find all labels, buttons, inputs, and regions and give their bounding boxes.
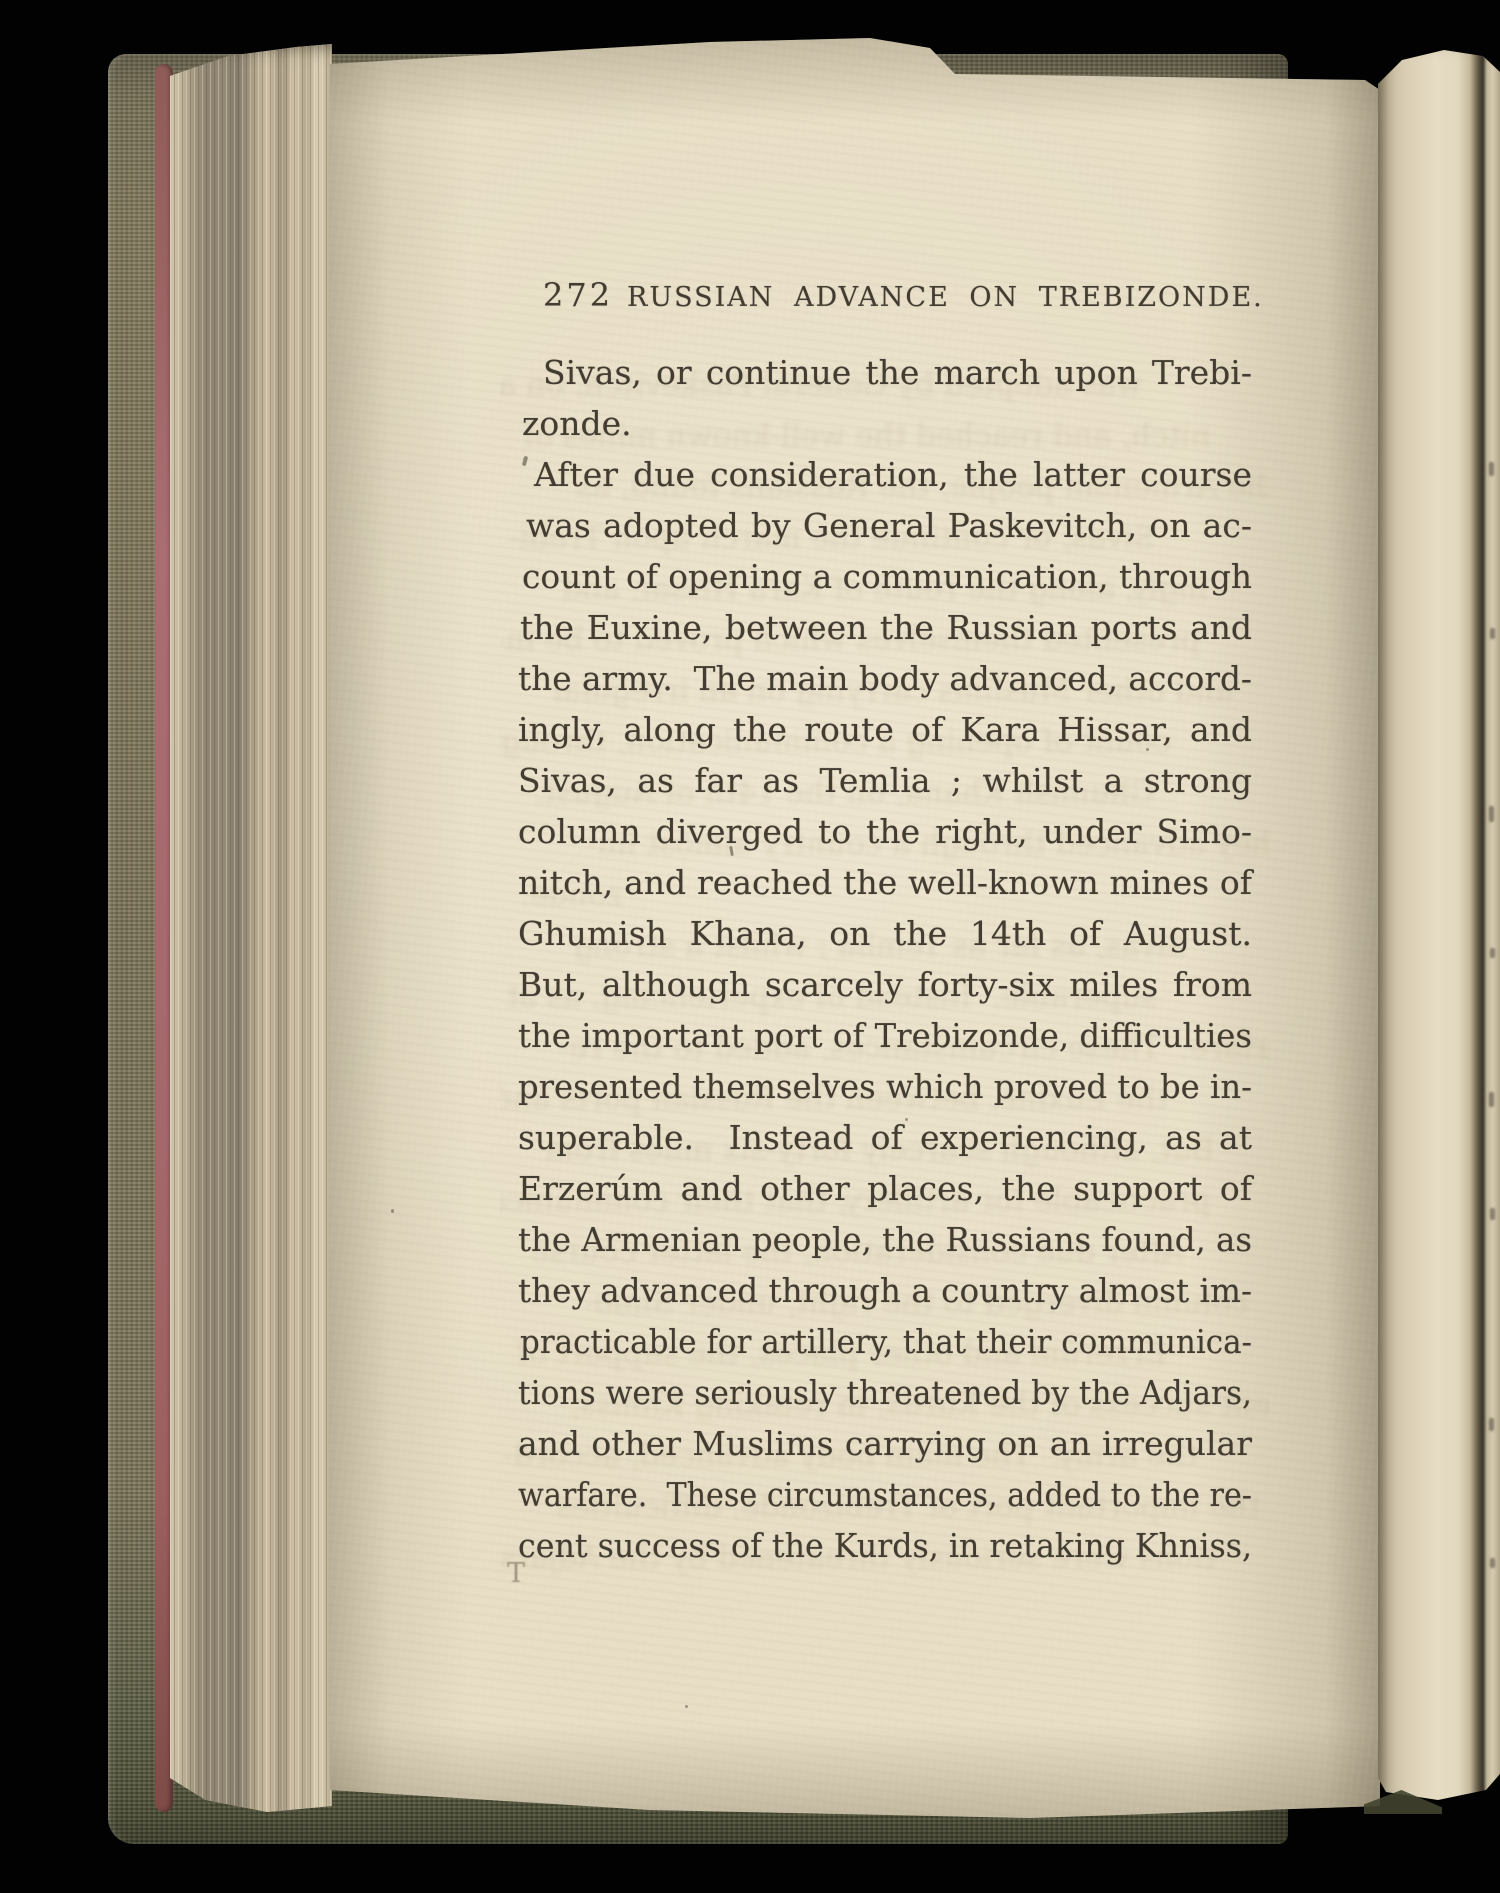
dust-speck [905,1118,908,1121]
text-line: cent success of the Kurds, in retaking K… [518,1520,1252,1571]
text-line: the army. The main body advanced, accord… [518,653,1252,704]
body-text: Sivas, or continue the march upon Trebi-… [518,347,1252,1571]
dust-speck [391,1209,394,1213]
printed-text: 272 RUSSIAN ADVANCE ON TREBIZONDE. Sivas… [0,0,1500,1893]
text-line: the important port of Trebizonde, diffic… [518,1010,1252,1061]
text-line: warfare. These circumstances, added to t… [518,1469,1252,1520]
book-photo: was adopted by General Paskevitch, on ac… [0,0,1500,1893]
text-line: and other Muslims carrying on an irregul… [518,1418,1252,1469]
text-line: Sivas, or continue the march upon Trebi- [518,347,1252,398]
text-line: practicable for artillery, that their co… [518,1316,1252,1367]
dust-speck [1068,286,1072,290]
text-line: was adopted by General Paskevitch, on ac… [518,500,1252,551]
text-line: presented themselves which proved to be … [518,1061,1252,1112]
text-line: nitch, and reached the well-known mines … [518,857,1252,908]
text-line: zonde. [518,398,1252,449]
text-line: the Armenian people, the Russians found,… [518,1214,1252,1265]
dust-speck [1146,748,1149,751]
text-line: Sivas, as far as Temlia ; whilst a stron… [518,755,1252,806]
text-line: count of opening a communication, throug… [518,551,1252,602]
text-line: superable. Instead of experiencing, as a… [518,1112,1252,1163]
text-line: they advanced through a country almost i… [518,1265,1252,1316]
dust-speck [685,1705,688,1708]
text-line: ingly, along the route of Kara Hissar, a… [518,704,1252,755]
text-line: After due consideration, the latter cour… [518,449,1252,500]
text-line: Ghumish Khana, on the 14th of August. [518,908,1252,959]
text-line: column diverged to the right, under Simo… [518,806,1252,857]
text-line: Erzerúm and other places, the support of [518,1163,1252,1214]
text-line: the Euxine, between the Russian ports an… [518,602,1252,653]
text-line: tions were seriously threatened by the A… [518,1367,1252,1418]
text-line: But, although scarcely forty-six miles f… [518,959,1252,1010]
dust-speck [1238,1501,1241,1504]
running-header: RUSSIAN ADVANCE ON TREBIZONDE. [627,282,1264,313]
signature-mark: T [507,1558,525,1589]
page-number: 272 [543,276,613,314]
